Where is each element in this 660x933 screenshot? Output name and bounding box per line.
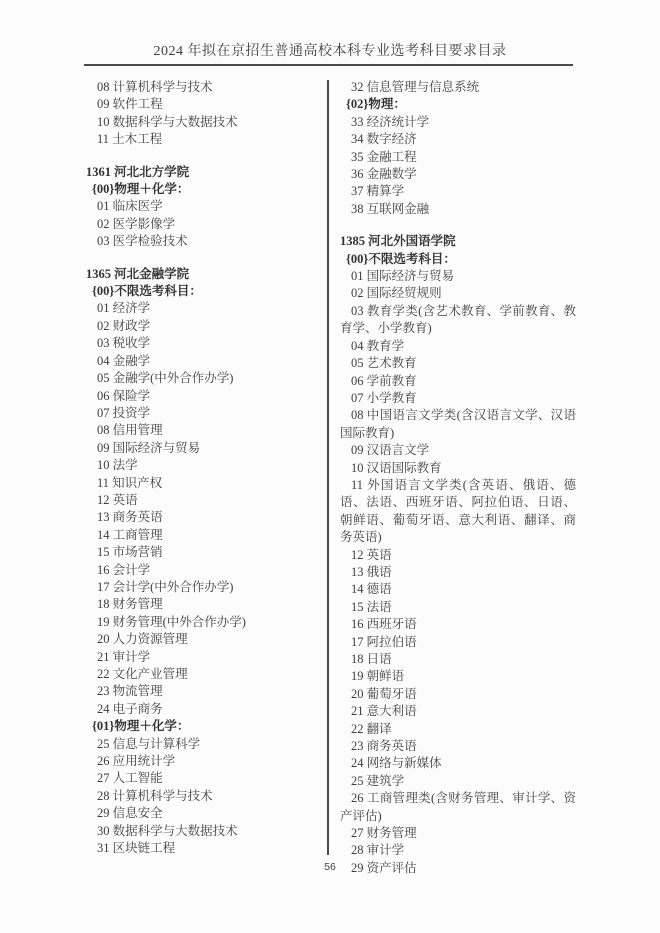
major-item: 02 国际经贸规则 (340, 285, 576, 302)
major-item: 16 西班牙语 (340, 616, 576, 633)
major-item: 08 信用管理 (86, 422, 322, 439)
institution-heading: 1361 河北北方学院 (86, 164, 322, 181)
major-item: 36 金融数学 (340, 166, 576, 183)
major-item: 11 土木工程 (86, 131, 322, 148)
institution-heading: 1385 河北外国语学院 (340, 233, 576, 250)
column-divider (327, 80, 329, 855)
major-item: 26 应用统计学 (86, 753, 322, 770)
major-item: 01 经济学 (86, 300, 322, 317)
major-item: 23 商务英语 (340, 738, 576, 755)
major-item: 13 俄语 (340, 564, 576, 581)
major-item: 21 意大利语 (340, 703, 576, 720)
major-item: 19 朝鲜语 (340, 668, 576, 685)
major-item: 08 计算机科学与技术 (86, 79, 322, 96)
major-item: 12 英语 (340, 547, 576, 564)
major-item: 04 金融学 (86, 353, 322, 370)
major-item: 17 阿拉伯语 (340, 634, 576, 651)
page-title: 2024 年拟在京招生普通高校本科专业选考科目要求目录 (0, 40, 660, 60)
major-item: 33 经济统计学 (340, 114, 576, 131)
major-item: 27 财务管理 (340, 825, 576, 842)
major-item: 12 英语 (86, 492, 322, 509)
major-item: 18 日语 (340, 651, 576, 668)
major-item: 06 学前教育 (340, 373, 576, 390)
major-item: 22 文化产业管理 (86, 666, 322, 683)
major-item: 11 知识产权 (86, 475, 322, 492)
major-item: 24 网络与新媒体 (340, 755, 576, 772)
subject-requirement-heading: {00}物理＋化学： (86, 181, 322, 198)
major-item: 14 德语 (340, 581, 576, 598)
major-item: 09 汉语言文学 (340, 442, 576, 459)
major-item: 37 精算学 (340, 183, 576, 200)
subject-requirement-heading: {00}不限选考科目： (86, 283, 322, 300)
major-item: 25 信息与计算科学 (86, 736, 322, 753)
major-item: 03 教育学类(含艺术教育、学前教育、教育学、小学教育) (340, 303, 576, 338)
major-item: 06 保险学 (86, 388, 322, 405)
header-rule (84, 64, 573, 66)
major-item: 17 会计学(中外合作办学) (86, 579, 322, 596)
major-item: 30 数据科学与大数据技术 (86, 823, 322, 840)
major-item: 03 医学检验技术 (86, 233, 322, 250)
major-item: 13 商务英语 (86, 509, 322, 526)
major-item: 02 财政学 (86, 318, 322, 335)
major-item: 10 汉语国际教育 (340, 460, 576, 477)
major-item: 01 国际经济与贸易 (340, 268, 576, 285)
major-item: 21 审计学 (86, 649, 322, 666)
subject-requirement-heading: {02}物理： (340, 96, 576, 113)
major-item: 16 会计学 (86, 562, 322, 579)
page-number: 56 (0, 861, 660, 873)
document-page: 2024 年拟在京招生普通高校本科专业选考科目要求目录 08 计算机科学与技术0… (0, 0, 660, 933)
major-item: 28 审计学 (340, 842, 576, 859)
major-item: 07 投资学 (86, 405, 322, 422)
major-item: 02 医学影像学 (86, 216, 322, 233)
subject-requirement-heading: {00}不限选考科目： (340, 251, 576, 268)
major-item: 27 人工智能 (86, 770, 322, 787)
major-item: 26 工商管理类(含财务管理、审计学、资产评估) (340, 790, 576, 825)
major-item: 31 区块链工程 (86, 840, 322, 857)
major-item: 14 工商管理 (86, 527, 322, 544)
major-item: 20 人力资源管理 (86, 631, 322, 648)
major-item: 05 艺术教育 (340, 355, 576, 372)
subject-requirement-heading: {01}物理＋化学： (86, 718, 322, 735)
major-item: 09 软件工程 (86, 96, 322, 113)
institution-heading: 1365 河北金融学院 (86, 266, 322, 283)
major-item: 03 税收学 (86, 335, 322, 352)
major-item: 29 信息安全 (86, 805, 322, 822)
major-item: 10 法学 (86, 457, 322, 474)
major-item: 32 信息管理与信息系统 (340, 79, 576, 96)
major-item: 15 法语 (340, 599, 576, 616)
right-column: 32 信息管理与信息系统{02}物理：33 经济统计学34 数字经济35 金融工… (340, 79, 576, 877)
major-item: 04 教育学 (340, 338, 576, 355)
major-item: 15 市场营销 (86, 544, 322, 561)
major-item: 01 临床医学 (86, 198, 322, 215)
major-item: 18 财务管理 (86, 596, 322, 613)
major-item: 07 小学教育 (340, 390, 576, 407)
major-item: 23 物流管理 (86, 683, 322, 700)
left-column: 08 计算机科学与技术09 软件工程10 数据科学与大数据技术11 土木工程13… (86, 79, 322, 857)
major-item: 19 财务管理(中外合作办学) (86, 614, 322, 631)
major-item: 11 外国语言文学类(含英语、俄语、德语、法语、西班牙语、阿拉伯语、日语、朝鲜语… (340, 477, 576, 547)
major-item: 22 翻译 (340, 721, 576, 738)
major-item: 35 金融工程 (340, 149, 576, 166)
major-item: 10 数据科学与大数据技术 (86, 114, 322, 131)
major-item: 38 互联网金融 (340, 201, 576, 218)
major-item: 34 数字经济 (340, 131, 576, 148)
major-item: 20 葡萄牙语 (340, 686, 576, 703)
major-item: 25 建筑学 (340, 773, 576, 790)
major-item: 24 电子商务 (86, 701, 322, 718)
major-item: 09 国际经济与贸易 (86, 440, 322, 457)
major-item: 08 中国语言文学类(含汉语言文学、汉语国际教育) (340, 407, 576, 442)
major-item: 05 金融学(中外合作办学) (86, 370, 322, 387)
major-item: 28 计算机科学与技术 (86, 788, 322, 805)
